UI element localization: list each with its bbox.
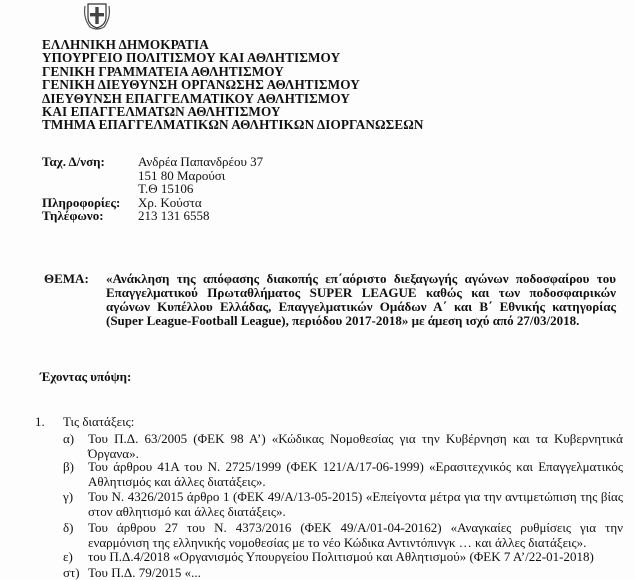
header-line: ΓΕΝΙΚΗ ΓΡΑΜΜΑΤΕΙΑ ΑΘΛΗΤΙΣΜΟΥ — [42, 65, 424, 78]
info-value: Χρ. Κούστα — [138, 196, 202, 210]
item-intro: Τις διατάξεις: — [63, 414, 134, 430]
address-line: Ανδρέα Παπανδρέου 37 — [138, 155, 263, 169]
list-text: Του Π.Δ. 63/2005 (ΦΕΚ 98 Α’) «Κώδικας Νο… — [88, 431, 623, 461]
header-line: ΤΜΗΜΑ ΕΠΑΓΓΕΛΜΑΤΙΚΩΝ ΑΘΛΗΤΙΚΩΝ ΔΙΟΡΓΑΝΩΣ… — [42, 118, 424, 131]
phone-label: Τηλέφωνο: — [42, 209, 104, 223]
header-line: ΚΑΙ ΕΠΑΓΓΕΛΜΑΤΩΝ ΑΘΛΗΤΙΣΜΟΥ — [42, 105, 424, 118]
list-item: ε) του Π.Δ.4/2018 «Οργανισμός Υπουργείου… — [63, 549, 623, 564]
header-line: ΓΕΝΙΚΗ ΔΙΕΥΘΥΝΣΗ ΟΡΓΑΝΩΣΗΣ ΑΘΛΗΤΙΣΜΟΥ — [42, 78, 424, 91]
list-text: Του άρθρου 27 του Ν. 4373/2016 (ΦΕΚ 49/Α… — [88, 520, 623, 550]
list-marker: στ) — [63, 565, 80, 580]
address-line: 151 80 Μαρούσι — [138, 169, 225, 183]
subject-label: ΘΕΜΑ: — [44, 272, 89, 286]
list-marker: ε) — [63, 549, 73, 564]
header-line: ΕΛΛΗΝΙΚΗ ΔΗΜΟΚΡΑΤΙΑ — [42, 38, 424, 51]
list-item: δ) Του άρθρου 27 του Ν. 4373/2016 (ΦΕΚ 4… — [63, 520, 623, 550]
list-marker: α) — [63, 431, 74, 446]
list-marker: γ) — [63, 489, 73, 504]
phone-value: 213 131 6558 — [138, 209, 210, 223]
header-line: ΥΠΟΥΡΓΕΙΟ ΠΟΛΙΤΙΣΜΟΥ ΚΑΙ ΑΘΛΗΤΙΣΜΟΥ — [42, 51, 424, 64]
subject-block: ΘΕΜΑ: «Ανάκληση της απόφασης διακοπής επ… — [44, 272, 616, 328]
subject-text: «Ανάκληση της απόφασης διακοπής επ΄αόρισ… — [106, 272, 616, 328]
list-text: του Π.Δ.4/2018 «Οργανισμός Υπουργείου Πο… — [88, 549, 623, 564]
list-marker: δ) — [63, 520, 73, 535]
list-item: γ) Του Ν. 4326/2015 άρθρο 1 (ΦΕΚ 49/Α/13… — [63, 489, 623, 519]
list-text: Του Ν. 4326/2015 άρθρο 1 (ΦΕΚ 49/Α/13-05… — [88, 489, 623, 519]
list-item: β) Του άρθρου 41Α του Ν. 2725/1999 (ΦΕΚ … — [63, 459, 623, 489]
issuing-authority-header: ΕΛΛΗΝΙΚΗ ΔΗΜΟΚΡΑΤΙΑ ΥΠΟΥΡΓΕΙΟ ΠΟΛΙΤΙΣΜΟΥ… — [42, 38, 424, 132]
header-line: ΔΙΕΥΘΥΝΣΗ ΕΠΑΓΓΕΛΜΑΤΙΚΟΥ ΑΘΛΗΤΙΣΜΟΥ — [42, 92, 424, 105]
list-item: α) Του Π.Δ. 63/2005 (ΦΕΚ 98 Α’) «Κώδικας… — [63, 431, 623, 461]
greek-coat-of-arms-icon — [80, 0, 114, 32]
address-label: Ταχ. Δ/νση: — [42, 155, 105, 169]
list-text: Του άρθρου 41Α του Ν. 2725/1999 (ΦΕΚ 121… — [88, 459, 623, 489]
list-marker: β) — [63, 459, 74, 474]
document-page: ΕΛΛΗΝΙΚΗ ΔΗΜΟΚΡΑΤΙΑ ΥΠΟΥΡΓΕΙΟ ΠΟΛΙΤΙΣΜΟΥ… — [0, 0, 635, 580]
item-number: 1. — [35, 414, 45, 430]
list-item: στ) Του Π.Δ. 79/2015 «... — [63, 565, 623, 580]
list-text: Του Π.Δ. 79/2015 «... — [88, 565, 623, 580]
considering-heading: Έχοντας υπόψη: — [40, 369, 131, 385]
info-label: Πληροφορίες: — [42, 196, 120, 210]
address-line: Τ.Θ 15106 — [138, 182, 193, 196]
